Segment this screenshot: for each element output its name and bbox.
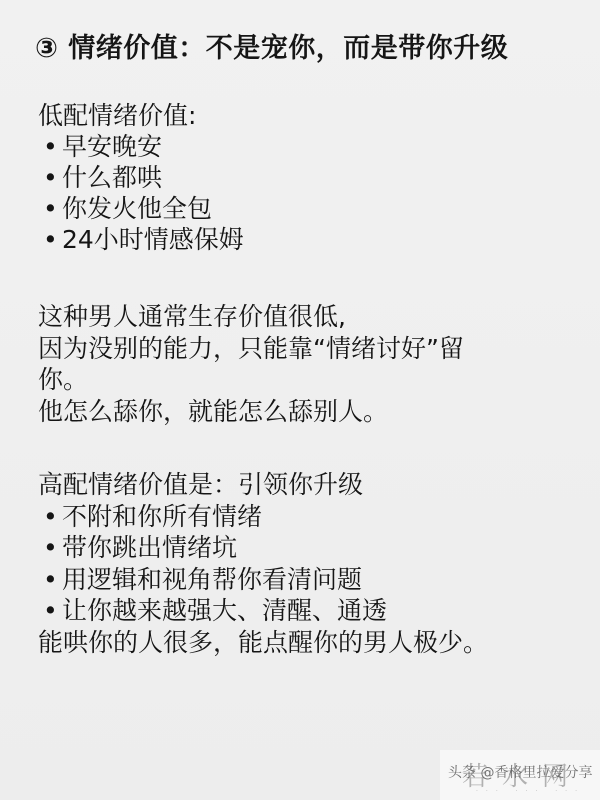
list-item: •让你越来越强大、清醒、通透 (38, 595, 488, 627)
bullet-icon: • (43, 193, 62, 224)
high-value-section: 高配情绪价值是：引领你升级 •不附和你所有情绪 •带你跳出情绪坑 •用逻辑和视角… (38, 469, 488, 658)
high-value-heading: 高配情绪价值是：引领你升级 (38, 469, 488, 501)
bullet-icon: • (43, 162, 62, 193)
low-value-section: 低配情绪价值: •早安晚安 •什么都哄 •你发火他全包 •24小时情感保姆 (38, 100, 244, 255)
list-item: •早安晚安 (38, 131, 244, 162)
list-item: •你发火他全包 (38, 193, 244, 224)
bullet-icon: • (43, 131, 62, 162)
document-page: ③ 情绪价值：不是宠你，而是带你升级 低配情绪价值: •早安晚安 •什么都哄 •… (0, 0, 600, 800)
middle-paragraph: 这种男人通常生存价值很低, 因为没别的能力，只能靠“情绪讨好”留 你。 他怎么舔… (38, 301, 464, 427)
watermark-subtext: ··· ··· ··· (476, 788, 585, 795)
bullet-icon: • (43, 224, 62, 255)
list-item: •24小时情感保姆 (38, 224, 244, 255)
bullet-icon: • (43, 595, 62, 626)
watermark: 若水网 头条 @香格里拉爱分享 ··· ··· ··· (440, 750, 600, 800)
paragraph-line: 因为没别的能力，只能靠“情绪讨好”留 (38, 333, 464, 365)
list-item: •什么都哄 (38, 162, 244, 193)
watermark-source: 头条 @香格里拉爱分享 (448, 762, 592, 782)
low-value-heading: 低配情绪价值: (38, 100, 244, 131)
bullet-icon: • (43, 564, 62, 595)
bullet-icon: • (43, 501, 62, 532)
bullet-icon: • (43, 532, 62, 563)
list-item: •带你跳出情绪坑 (38, 532, 488, 564)
paragraph-line: 这种男人通常生存价值很低, (38, 301, 464, 333)
closing-line: 能哄你的人很多，能点醒你的男人极少。 (38, 627, 488, 659)
paragraph-line: 他怎么舔你，就能怎么舔别人。 (38, 396, 464, 428)
paragraph-line: 你。 (38, 364, 464, 396)
list-item: •用逻辑和视角帮你看清问题 (38, 564, 488, 596)
list-item: •不附和你所有情绪 (38, 501, 488, 533)
section-title: ③ 情绪价值：不是宠你，而是带你升级 (35, 29, 508, 69)
